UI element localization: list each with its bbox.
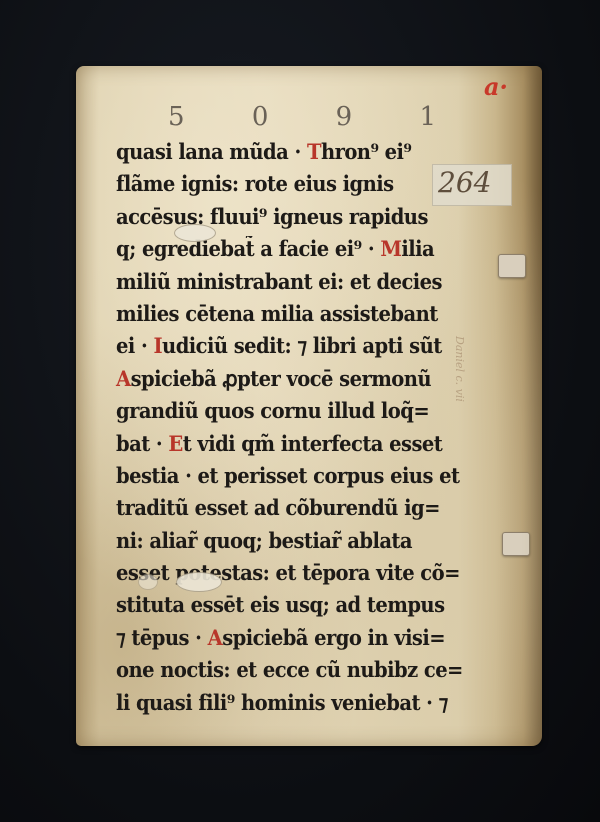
text-line: flãme ignis: rote eius ignis [116,168,451,200]
binding-tab [502,532,530,556]
folio-number-marks: 5 0 9 1 [168,102,438,132]
folio-mark: 1 [419,102,438,132]
text-line: esset potestas: et tēpora vite cõ= [116,557,451,589]
rubricated-initial: T [307,139,321,164]
text-line: ⁊ tēpus · Aspiciebã ergo in visi= [116,622,451,654]
text-line: quasi lana mũda · Thron⁹ ei⁹ [116,136,451,168]
manuscript-page: 5 0 9 1 a· 264 quasi lana mũda · Thron⁹ … [76,66,542,746]
text-line: milies cētena milia assistebant [116,298,451,330]
text-line: one noctis: et ecce cũ nubibz ce= [116,654,451,686]
rubricated-initial: A [208,625,223,650]
signature-mark: a· [484,72,508,101]
text-line: q; egrediebat̃ a facie ei⁹ · Milia [116,233,451,265]
text-block: quasi lana mũda · Thron⁹ ei⁹ flãme ignis… [116,136,476,719]
faded-marginal-note: Daniel c. vii [453,336,466,402]
paper-repair-patch [138,574,158,590]
binding-tab [498,254,526,278]
text-line: stituta essēt eis usq; ad tempus [116,589,451,621]
text-line: miliũ ministrabant ei: et decies [116,266,451,298]
text-line: ei · Iudiciũ sedit: ⁊ libri apti sũt [116,330,451,362]
rubricated-initial: I [153,333,162,358]
text-line: traditũ esset ad cõburendũ ig= [116,492,451,524]
rubricated-initial: M [380,236,401,261]
text-line: ni: aliar̃ quoq; bestiar̃ ablata [116,525,451,557]
rubricated-initial: E [168,431,182,456]
text-line: accēsus: fluui⁹ igneus rapidus [116,201,451,233]
folio-mark: 9 [336,102,355,132]
rubricated-initial: A [116,366,131,391]
folio-mark: 5 [168,102,187,132]
paper-repair-patch [174,224,216,242]
text-line: Aspiciebã ꝓpter vocē sermonũ [116,363,451,395]
text-line: li quasi fili⁹ hominis veniebat · ⁊ [116,687,451,719]
folio-mark: 0 [252,102,271,132]
paper-repair-patch [176,572,222,592]
text-line: bestia · et perisset corpus eius et [116,460,451,492]
text-line: grandiũ quos cornu illud loq̃= [116,395,451,427]
text-line: bat · Et vidi qm̃ interfecta esset [116,428,451,460]
